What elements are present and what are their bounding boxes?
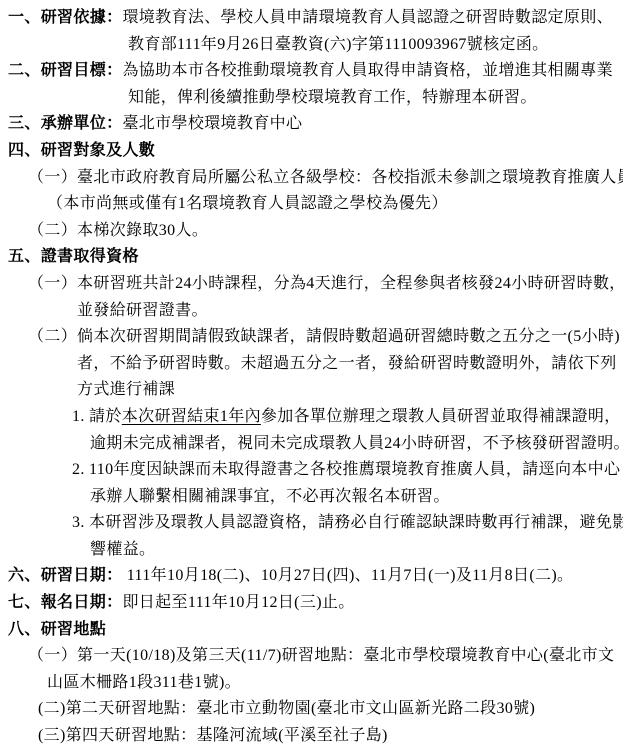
section5-heading-line: 五、證書取得資格: [0, 244, 623, 271]
text-segment: 知能，俾利後續推動學校環境教育工作，特辦理本研習。: [128, 89, 537, 106]
text-segment: （二）本梯次錄取30人。: [28, 222, 208, 239]
section-heading-label: 八、研習地點: [8, 621, 106, 638]
section4-item1-line: （一）臺北市政府教育局所屬公私立各級學校：各校指派未參訓之環境教育推廣人員: [0, 165, 623, 192]
section-heading-label: 一、研習依據：: [8, 9, 122, 26]
text-segment: 並發給研習證書。: [77, 302, 208, 319]
text-segment: 承辦人聯繫相關補課事宜，不必再次報名本研習。: [90, 488, 450, 505]
section-heading-label: 三、承辦單位：: [8, 115, 122, 132]
section2-heading-line: 二、研習目標：為協助本市各校推動環境教育人員取得申請資格，並增進其相關專業: [0, 58, 623, 85]
section8-item1-line: （一）第一天(10/18)及第三天(11/7)研習地點：臺北市學校環境教育中心(…: [0, 643, 623, 670]
text-segment: 111年10月18(二)、10月27日(四)、11月7日(一)及11月8日(二)…: [122, 567, 573, 584]
makeup-rule3-line: 3. 本研習涉及環教人員認證資格，請務必自行確認缺課時數再行補課，避免影: [0, 510, 623, 537]
makeup-rule1-continuation-line: 逾期未完成補課者，視同未完成環教人員24小時研習，不予核發研習證明。: [0, 431, 623, 458]
text-segment: 者，不給予研習時數。未超過五分之一者，發給研習時數證明外，請依下列: [77, 355, 617, 372]
makeup-rule1-line: 1. 請於本次研習結束1年內參加各單位辦理之環教人員研習並取得補課證明，: [0, 404, 623, 431]
section4-item2-line: （二）本梯次錄取30人。: [0, 218, 623, 245]
text-segment: (二)第二天研習地點：臺北市立動物園(臺北市文山區新光路二段30號): [38, 700, 535, 717]
section5-item2-continuation-line-1: 者，不給予研習時數。未超過五分之一者，發給研習時數證明外，請依下列: [0, 351, 623, 378]
section-heading-label: 四、研習對象及人數: [8, 142, 155, 159]
section5-item1-line: （一）本研習班共計24小時課程，分為4天進行，全程參與者核發24小時研習時數，: [0, 271, 623, 298]
section3-heading-line: 三、承辦單位：臺北市學校環境教育中心: [0, 111, 623, 138]
section5-item2-continuation-line-2: 方式進行補課: [0, 377, 623, 404]
section8-item2-line: (二)第二天研習地點：臺北市立動物園(臺北市文山區新光路二段30號): [0, 696, 623, 723]
underlined-text: 本次研習結束1年內: [122, 408, 261, 425]
section8-item3-line: (三)第四天研習地點：基隆河流域(平溪至社子島): [0, 723, 623, 747]
section5-item1-continuation-line: 並發給研習證書。: [0, 298, 623, 325]
text-segment: 參加各單位辦理之環教人員研習並取得補課證明，: [261, 408, 621, 425]
makeup-rule3-continuation-line: 響權益。: [0, 537, 623, 564]
text-segment: 臺北市學校環境教育中心: [122, 115, 302, 132]
text-segment: 為協助本市各校推動環境教育人員取得申請資格，並增進其相關專業: [122, 62, 613, 79]
text-segment: （一）臺北市政府教育局所屬公私立各級學校：各校指派未參訓之環境教育推廣人員: [28, 169, 623, 186]
section-heading-label: 五、證書取得資格: [8, 248, 139, 265]
text-segment: （本市尚無或僅有1名環境教育人員認證之學校為優先）: [47, 195, 448, 212]
section2-continuation-line: 知能，俾利後續推動學校環境教育工作，特辦理本研習。: [0, 85, 623, 112]
text-segment: 3. 本研習涉及環教人員認證資格，請務必自行確認缺課時數再行補課，避免影: [72, 514, 623, 531]
text-segment: 山區木柵路1段311巷1號)。: [47, 674, 241, 691]
text-segment: 響權益。: [90, 541, 155, 558]
makeup-rule2-line: 2. 110年度因缺課而未取得證書之各校推薦環境教育推廣人員，請逕向本中心: [0, 457, 623, 484]
section1-continuation-line: 教育部111年9月26日臺教資(六)字第1110093967號核定函。: [0, 32, 623, 59]
text-segment: 方式進行補課: [77, 381, 175, 398]
text-segment: （一）本研習班共計24小時課程，分為4天進行，全程參與者核發24小時研習時數，: [28, 275, 623, 292]
text-segment: 教育部111年9月26日臺教資(六)字第1110093967號核定函。: [128, 36, 549, 53]
section4-item1-continuation-line: （本市尚無或僅有1名環境教育人員認證之學校為優先）: [0, 191, 623, 218]
section-heading-label: 六、研習日期：: [8, 567, 122, 584]
text-segment: （一）第一天(10/18)及第三天(11/7)研習地點：臺北市學校環境教育中心(…: [28, 647, 614, 664]
section8-heading-line: 八、研習地點: [0, 617, 623, 644]
section4-heading-line: 四、研習對象及人數: [0, 138, 623, 165]
document-body: 一、研習依據：環境教育法、學校人員申請環境教育人員認證之研習時數認定原則、教育部…: [0, 5, 623, 747]
text-segment: 2. 110年度因缺課而未取得證書之各校推薦環境教育推廣人員，請逕向本中心: [72, 461, 620, 478]
section7-heading-line: 七、報名日期：即日起至111年10月12日(三)止。: [0, 590, 623, 617]
section5-item2-line: （二）倘本次研習期間請假致缺課者，請假時數超過研習總時數之五分之一(5小時): [0, 324, 623, 351]
section1-heading-line: 一、研習依據：環境教育法、學校人員申請環境教育人員認證之研習時數認定原則、: [0, 5, 623, 32]
section-heading-label: 七、報名日期：: [8, 594, 122, 611]
text-segment: （二）倘本次研習期間請假致缺課者，請假時數超過研習總時數之五分之一(5小時): [28, 328, 620, 345]
text-segment: 1. 請於: [72, 408, 122, 425]
text-segment: 環境教育法、學校人員申請環境教育人員認證之研習時數認定原則、: [122, 9, 613, 26]
section-heading-label: 二、研習目標：: [8, 62, 122, 79]
text-segment: 即日起至111年10月12日(三)止。: [122, 594, 354, 611]
text-segment: (三)第四天研習地點：基隆河流域(平溪至社子島): [38, 727, 388, 744]
section6-heading-line: 六、研習日期： 111年10月18(二)、10月27日(四)、11月7日(一)及…: [0, 563, 623, 590]
makeup-rule2-continuation-line: 承辦人聯繫相關補課事宜，不必再次報名本研習。: [0, 484, 623, 511]
section8-item1-continuation-line: 山區木柵路1段311巷1號)。: [0, 670, 623, 697]
text-segment: 逾期未完成補課者，視同未完成環教人員24小時研習，不予核發研習證明。: [90, 435, 623, 452]
document-page: 一、研習依據：環境教育法、學校人員申請環境教育人員認證之研習時數認定原則、教育部…: [0, 0, 623, 747]
